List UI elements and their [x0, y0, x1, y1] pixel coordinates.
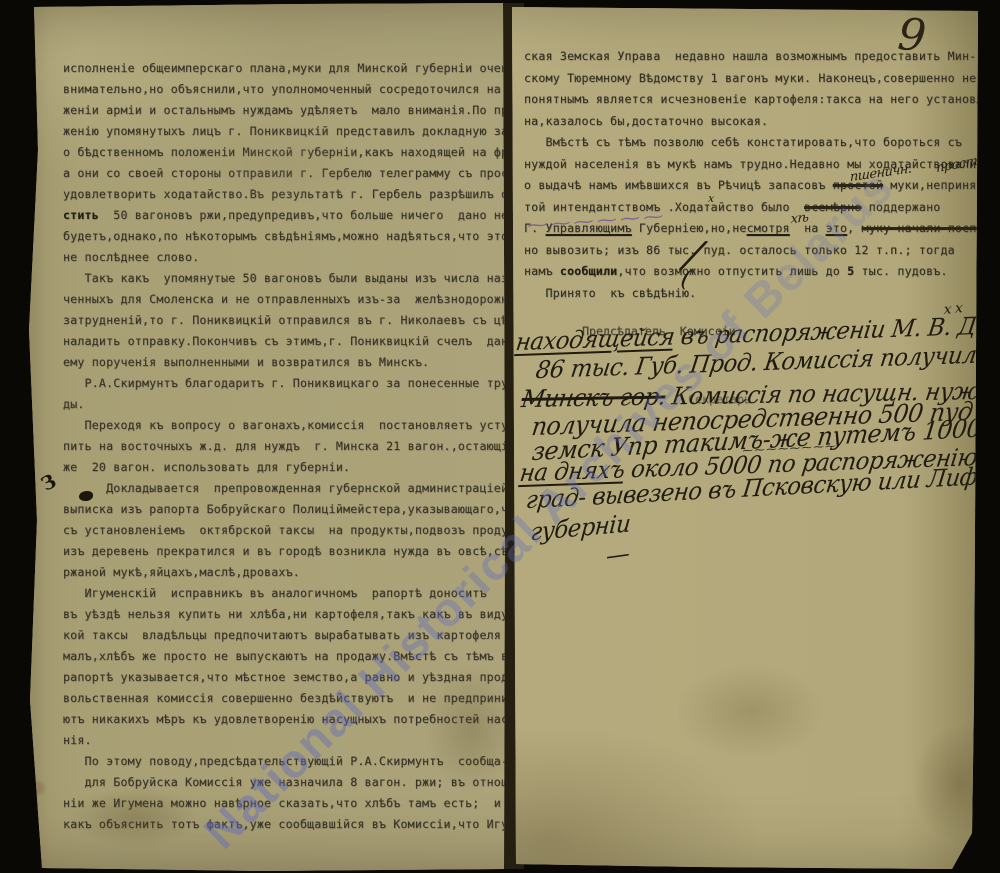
text-bold: сообщили	[560, 264, 617, 278]
typed-line: Переходя къ вопросу о вагонахъ,комиссія …	[63, 415, 506, 436]
typed-line: о бѣдственномъ положеніи Минской губерні…	[63, 142, 506, 163]
typed-line: изъ деревень прекратился и въ городѣ воз…	[63, 541, 506, 562]
typed-line: выписка изъ рапорта Бобруйскаго Полиційм…	[63, 499, 506, 520]
typed-line: Игуменскій исправникъ въ аналогичномъ ра…	[63, 583, 506, 604]
typed-line: о выдачѣ намъ имѣвшихся въ Рѣчицѣ запасо…	[524, 175, 976, 197]
text-u-hand: это	[826, 221, 848, 235]
typed-line: а они со своей стороны отправили г. Герб…	[63, 163, 506, 184]
typed-line: внимательно,но объяснили,что уполномочен…	[63, 79, 506, 100]
text-segment: муки,неприня-	[883, 178, 984, 192]
left-page-typed-text: исполненіе общеимперскаго плана,муки для…	[63, 58, 506, 835]
typed-line: Р.А.Скирмунтъ благодаритъ г. Пониквицкаг…	[63, 373, 506, 394]
typed-line: будетъ,однако,по нѣкоторымъ свѣдѣніямъ,м…	[63, 226, 506, 247]
typed-line: понятнымъ является исчезновеніе картофел…	[524, 89, 976, 111]
typed-line: ржаной мукѣ,яйцахъ,маслѣ,дровахъ.	[63, 562, 506, 583]
typed-line: не послѣднее слово.	[63, 247, 506, 268]
text-segment: ,	[847, 221, 861, 235]
stain	[676, 664, 826, 759]
text-strike: всемѣрно	[804, 200, 861, 214]
text-u-hand: смотря	[747, 221, 790, 235]
typed-line: какъ объяснить тотъ фактъ,уже сообщавшій…	[63, 814, 506, 835]
text-segment: намъ	[524, 264, 560, 278]
text-segment: ,что возможно отпустить лишь до	[617, 264, 847, 278]
margin-annotation: З	[38, 470, 60, 496]
stain	[912, 724, 1000, 844]
typed-line: ченныхъ для Смоленска и не отправленныхъ…	[63, 289, 506, 310]
typed-line: же 20 вагон. использовать для губерніи.	[63, 457, 506, 478]
typed-line: на,казалось бы,достаточно высокая.	[524, 111, 976, 133]
typed-line: По этому поводу,предсѣдательствующій Р.А…	[63, 751, 506, 772]
text-segment: тыс. пудовъ.	[854, 264, 947, 278]
typed-line: женіи арміи и остальнымъ нуждамъ удѣляет…	[63, 100, 506, 121]
typed-line: малъ,хлѣбъ же просто не выпускаютъ на пр…	[63, 646, 506, 667]
text-bold: стить	[63, 208, 99, 222]
handwritten-mark: х х	[943, 300, 962, 318]
text-strike: муку начали поспѣш-	[862, 221, 998, 235]
typed-line: ды.	[63, 394, 506, 415]
typed-line: затрудненій,то г. Пониквицкій отправился…	[63, 310, 506, 331]
typed-line: исполненіе общеимперскаго плана,муки для…	[63, 58, 506, 79]
typed-line: удовлетворить ходатайство.Въ результатѣ …	[63, 184, 506, 205]
typed-line: женію упомянутыхъ лицъ г. Пониквицкій пр…	[63, 121, 506, 142]
typed-line: вольственная комиссія совершенно бездѣйс…	[63, 688, 506, 709]
typed-line: стить 50 вагоновъ ржи,предупредивъ,что б…	[63, 205, 506, 226]
handwritten-mark: —	[606, 539, 629, 571]
handwritten-mark: хѣ	[790, 210, 808, 227]
typed-line: ему порученія выполненными и возвратился…	[63, 352, 506, 373]
text-segment: о выдачѣ намъ имѣвшихся въ Рѣчицѣ запасо…	[524, 178, 833, 192]
typed-line: скому Тюремному Вѣдомству 1 вагонъ муки.…	[524, 68, 976, 90]
faint-stamp	[10, 780, 44, 796]
typed-line: для Бобруйска Комиссія уже назначила 8 в…	[63, 772, 506, 793]
typed-line: Такъ какъ упомянутые 50 вагоновъ были вы…	[63, 268, 506, 289]
typed-line: кой таксы владѣльцы предпочитаютъ выраба…	[63, 625, 506, 646]
typed-line: рапортѣ указывается,что мѣстное земство,…	[63, 667, 506, 688]
text-segment: поддержано	[861, 200, 940, 214]
typed-line: намъ сообщили,что возможно отпустить лиш…	[524, 261, 976, 283]
typed-line: Докладывается препровожденная губернской…	[63, 478, 506, 499]
text-segment: 50 вагоновъ ржи,предупредивъ,что больше …	[99, 208, 508, 222]
typed-line: ніи же Игумена можно навѣрное сказать,чт…	[63, 793, 506, 814]
typed-line: въ уѣздѣ нельзя купить ни хлѣба,ни карто…	[63, 604, 506, 625]
typed-line: но вывозить; изъ 86 тыс. пуд. осталось т…	[524, 240, 976, 262]
typed-line: съ установленіемъ октябрской таксы на пр…	[63, 520, 506, 541]
typed-line: ютъ никакихъ мѣръ къ удовлетворенію насу…	[63, 709, 506, 730]
typed-line: пить на восточныхъ ж.д. для нуждъ г. Мин…	[63, 436, 506, 457]
typed-line: Вмѣстѣ съ тѣмъ позволю себѣ констатирова…	[524, 132, 976, 154]
document-scan: исполненіе общеимперскаго плана,муки для…	[0, 0, 1000, 873]
typed-line: нія.	[63, 730, 506, 751]
typed-line: наладить отправку.Покончивъ съ этимъ,г. …	[63, 331, 506, 352]
page-number: 9	[896, 9, 928, 62]
typed-line: Принято къ свѣдѣнію.	[524, 283, 976, 305]
